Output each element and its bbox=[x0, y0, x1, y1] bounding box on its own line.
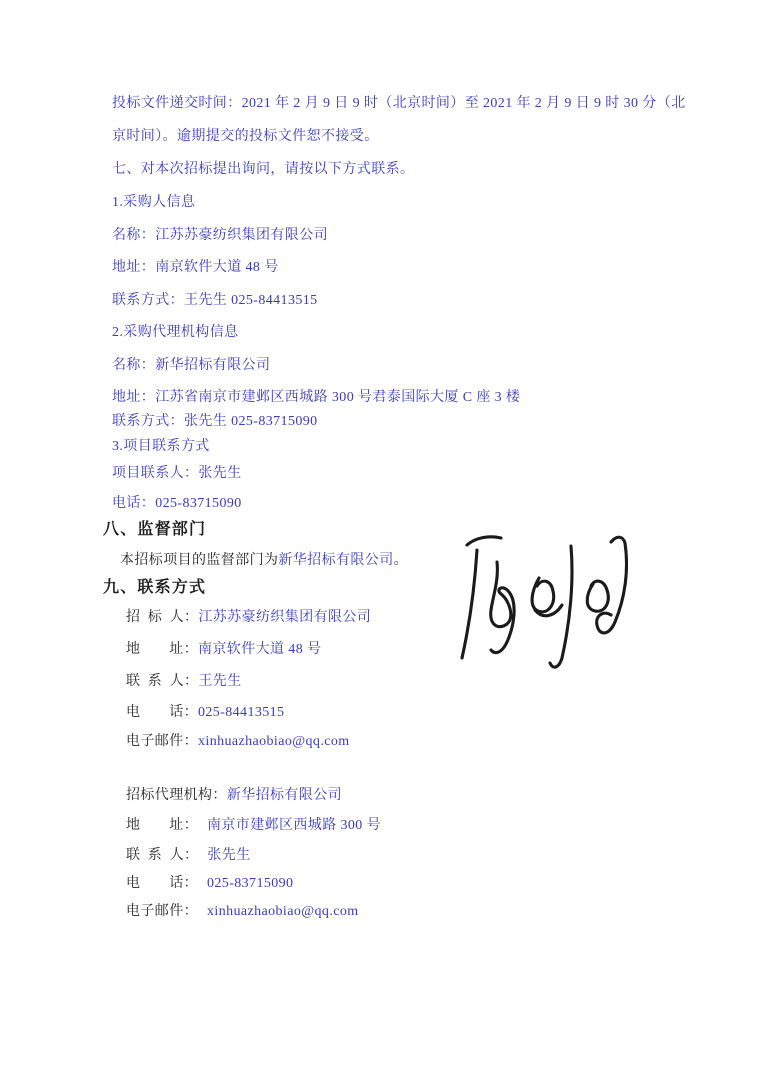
agency-person-row: 联 系 人：张先生 bbox=[126, 848, 251, 863]
tenderer-address-row: 地 址：南京软件大道 48 号 bbox=[126, 642, 321, 657]
agency-org-value: 新华招标有限公司 bbox=[227, 788, 342, 803]
agency-person-value: 张先生 bbox=[207, 848, 250, 863]
agency-address: 地址：江苏省南京市建邺区西城路 300 号君泰国际大厦 C 座 3 楼 bbox=[112, 390, 520, 405]
inquiry-heading: 七、对本次招标提出询问，请按以下方式联系。 bbox=[112, 162, 414, 177]
tenderer-email-row: 电子邮件：xinhuazhaobiao@qq.com bbox=[126, 734, 350, 749]
project-heading: 3.项目联系方式 bbox=[112, 439, 210, 454]
project-phone: 电话：025-83715090 bbox=[112, 496, 242, 511]
tenderer-phone-row: 电 话：025-84413515 bbox=[126, 705, 284, 720]
tenderer-label: 招 标 人： bbox=[126, 610, 198, 625]
tenderer-person-label: 联 系 人： bbox=[126, 674, 198, 689]
agency-phone-value: 025-83715090 bbox=[207, 876, 293, 891]
supervision-prefix: 本招标项目的监督部门为 bbox=[120, 553, 278, 568]
agency-contact: 联系方式：张先生 025-83715090 bbox=[112, 414, 318, 429]
agency-phone-row: 电 话：025-83715090 bbox=[126, 876, 293, 891]
agency-person-label: 联 系 人： bbox=[126, 848, 198, 863]
tenderer-email-label: 电子邮件： bbox=[126, 734, 198, 749]
agency-address-value: 南京市建邺区西城路 300 号 bbox=[207, 818, 381, 833]
contacts-heading: 九、联系方式 bbox=[103, 579, 206, 597]
tenderer-row: 招 标 人：江苏苏豪纺织集团有限公司 bbox=[126, 610, 371, 625]
project-person: 项目联系人：张先生 bbox=[112, 466, 242, 481]
deadline-line-1: 投标文件递交时间：2021 年 2 月 9 日 9 时（北京时间）至 2021 … bbox=[112, 96, 686, 111]
tenderer-address-label: 地 址： bbox=[126, 642, 198, 657]
agency-address-row: 地 址：南京市建邺区西城路 300 号 bbox=[126, 818, 381, 833]
agency-email-label: 电子邮件： bbox=[126, 904, 198, 919]
purchaser-name: 名称：江苏苏豪纺织集团有限公司 bbox=[112, 228, 328, 243]
agency-phone-label: 电 话： bbox=[126, 876, 198, 891]
supervision-org: 新华招标有限公司 bbox=[278, 553, 393, 568]
tenderer-email-value: xinhuazhaobiao@qq.com bbox=[198, 734, 350, 749]
agency-email-value: xinhuazhaobiao@qq.com bbox=[207, 904, 359, 919]
purchaser-heading: 1.采购人信息 bbox=[112, 195, 195, 210]
supervision-heading: 八、监督部门 bbox=[103, 521, 206, 539]
agency-name: 名称：新华招标有限公司 bbox=[112, 358, 270, 373]
tenderer-address-value: 南京软件大道 48 号 bbox=[198, 642, 321, 657]
handwritten-signature-icon bbox=[443, 512, 628, 677]
tenderer-phone-label: 电 话： bbox=[126, 705, 198, 720]
supervision-text: 本招标项目的监督部门为新华招标有限公司。 bbox=[120, 553, 408, 568]
agency-email-row: 电子邮件：xinhuazhaobiao@qq.com bbox=[126, 904, 359, 919]
purchaser-address: 地址：南京软件大道 48 号 bbox=[112, 260, 279, 275]
agency-heading: 2.采购代理机构信息 bbox=[112, 325, 239, 340]
supervision-suffix: 。 bbox=[394, 553, 408, 568]
document-page: 投标文件递交时间：2021 年 2 月 9 日 9 时（北京时间）至 2021 … bbox=[0, 0, 762, 1080]
deadline-line-2: 京时间）。逾期提交的投标文件恕不接受。 bbox=[112, 129, 379, 144]
agency-org-row: 招标代理机构：新华招标有限公司 bbox=[126, 788, 342, 803]
tenderer-person-value: 王先生 bbox=[198, 674, 241, 689]
purchaser-contact: 联系方式：王先生 025-84413515 bbox=[112, 293, 318, 308]
agency-address-label: 地 址： bbox=[126, 818, 198, 833]
tenderer-person-row: 联 系 人：王先生 bbox=[126, 674, 242, 689]
tenderer-phone-value: 025-84413515 bbox=[198, 705, 284, 720]
agency-org-label: 招标代理机构： bbox=[126, 788, 227, 803]
tenderer-value: 江苏苏豪纺织集团有限公司 bbox=[198, 610, 371, 625]
